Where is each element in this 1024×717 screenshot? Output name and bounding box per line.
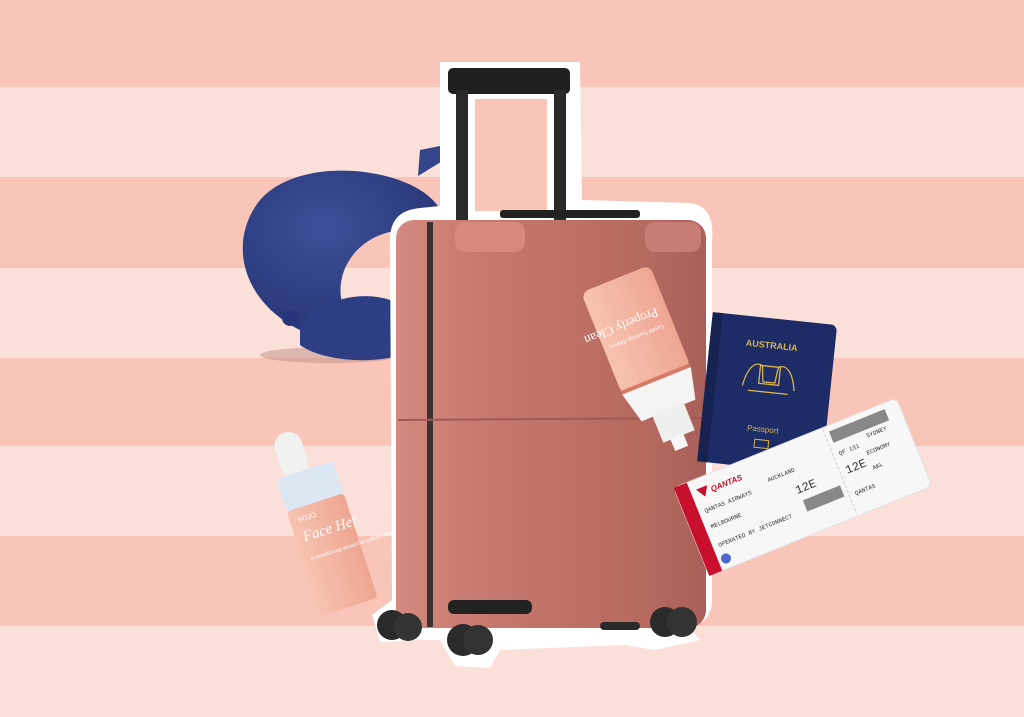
collage-artwork: SOJO Face Her A resurfacing serum for ra… [0,0,1024,717]
dropper-bottle: SOJO Face Her A resurfacing serum for ra… [263,410,411,616]
suitcase-handle [448,68,640,220]
travel-collage: SOJO Face Her A resurfacing serum for ra… [0,0,1024,717]
